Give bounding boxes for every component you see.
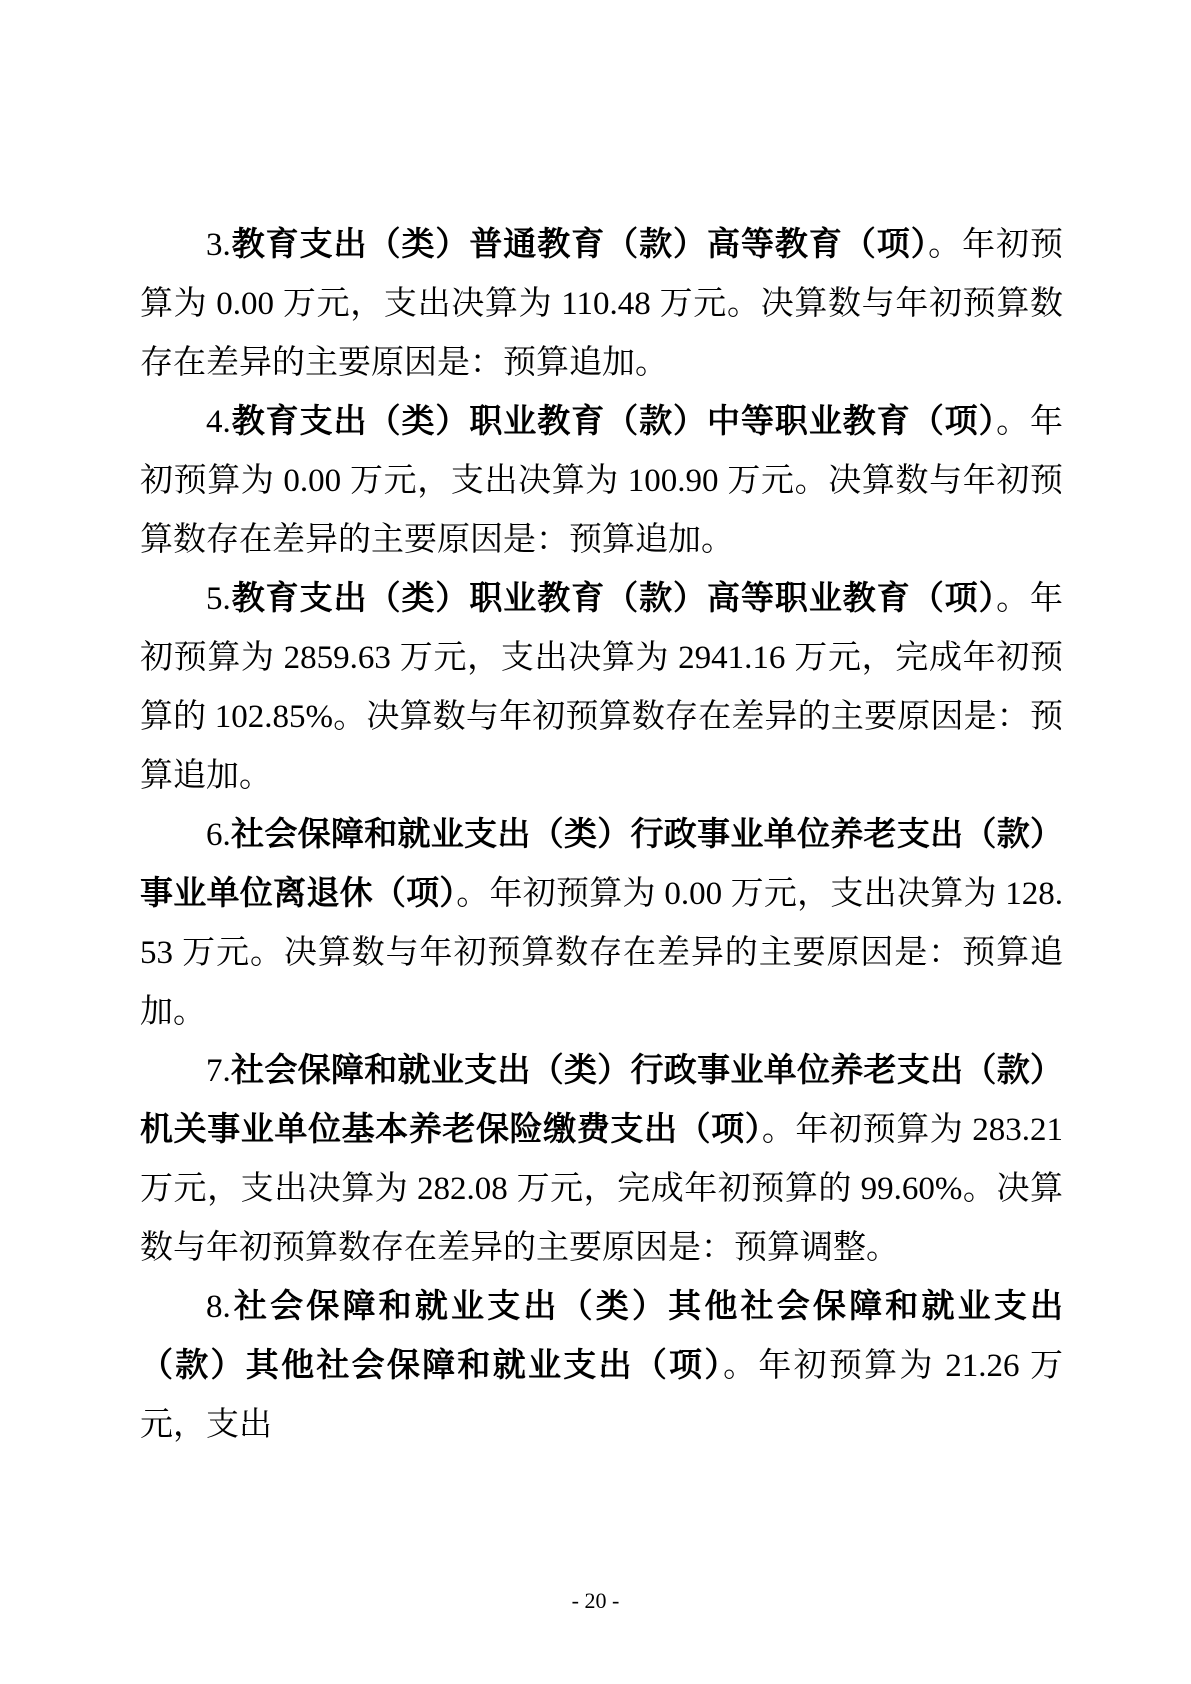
paragraph-item-5: 5.教育支出（类）职业教育（款）高等职业教育（项）。年初预算为 2859.63 … — [140, 570, 1063, 806]
item-number: 4. — [206, 404, 231, 440]
paragraph-item-4: 4.教育支出（类）职业教育（款）中等职业教育（项）。年初预算为 0.00 万元，… — [140, 393, 1063, 570]
document-body: 3.教育支出（类）普通教育（款）高等教育（项）。年初预算为 0.00 万元，支出… — [140, 216, 1063, 1455]
item-number: 6. — [206, 817, 231, 853]
paragraph-item-6: 6.社会保障和就业支出（类）行政事业单位养老支出（款）事业单位离退休（项）。年初… — [140, 806, 1063, 1042]
item-number: 3. — [206, 227, 231, 263]
item-number: 8. — [206, 1289, 231, 1325]
item-title: 教育支出（类）职业教育（款）高等职业教育（项） — [231, 581, 996, 617]
paragraph-item-7: 7.社会保障和就业支出（类）行政事业单位养老支出（款）机关事业单位基本养老保险缴… — [140, 1042, 1063, 1278]
paragraph-item-3: 3.教育支出（类）普通教育（款）高等教育（项）。年初预算为 0.00 万元，支出… — [140, 216, 1063, 393]
page-number: - 20 - — [0, 1588, 1191, 1614]
item-number: 5. — [206, 581, 231, 617]
paragraph-item-8: 8.社会保障和就业支出（类）其他社会保障和就业支出（款）其他社会保障和就业支出（… — [140, 1278, 1063, 1455]
document-page: 3.教育支出（类）普通教育（款）高等教育（项）。年初预算为 0.00 万元，支出… — [0, 0, 1191, 1684]
item-number: 7. — [206, 1053, 231, 1089]
item-title: 教育支出（类）职业教育（款）中等职业教育（项） — [231, 404, 996, 440]
item-title: 教育支出（类）普通教育（款）高等教育（项） — [231, 227, 928, 263]
